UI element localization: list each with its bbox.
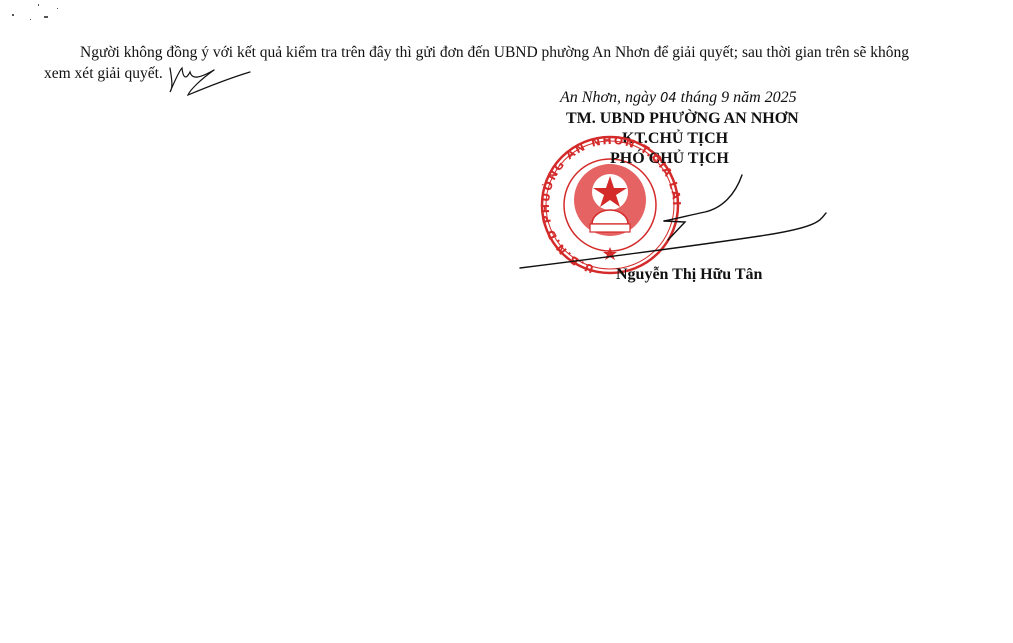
scan-speck (30, 19, 31, 20)
authority-title: TM. UBND PHƯỜNG AN NHƠN (566, 110, 799, 128)
scan-speck (38, 4, 39, 6)
notice-line-1: Người không đồng ý với kết quả kiểm tra … (80, 44, 909, 61)
date-line: An Nhơn, ngày 04 tháng 9 năm 2025 (560, 89, 797, 107)
signer-name: Nguyễn Thị Hữu Tân (616, 266, 762, 284)
state-emblem-icon (574, 164, 646, 236)
date-year-label: năm (729, 89, 765, 106)
role-line-2: PHÓ CHỦ TỊCH (610, 150, 729, 168)
date-month-label: tháng (677, 89, 721, 106)
scan-speck (12, 14, 14, 16)
notice-line-2: xem xét giải quyết. (44, 65, 163, 82)
date-month: 9 (721, 89, 729, 106)
scan-speck (57, 8, 58, 9)
role-line-1: KT.CHỦ TỊCH (622, 130, 728, 148)
scan-speck (44, 16, 48, 18)
stamp-and-signatures: U.B.N.D PHƯỜNG AN NHƠN T.GIA LAI (0, 0, 1013, 643)
notice-paragraph: Người không đồng ý với kết quả kiểm tra … (44, 42, 974, 84)
date-year: 2025 (765, 89, 797, 106)
signature-strokes (520, 175, 826, 268)
date-day: 04 (660, 91, 677, 106)
date-place: An Nhơn, ngày (560, 89, 660, 106)
